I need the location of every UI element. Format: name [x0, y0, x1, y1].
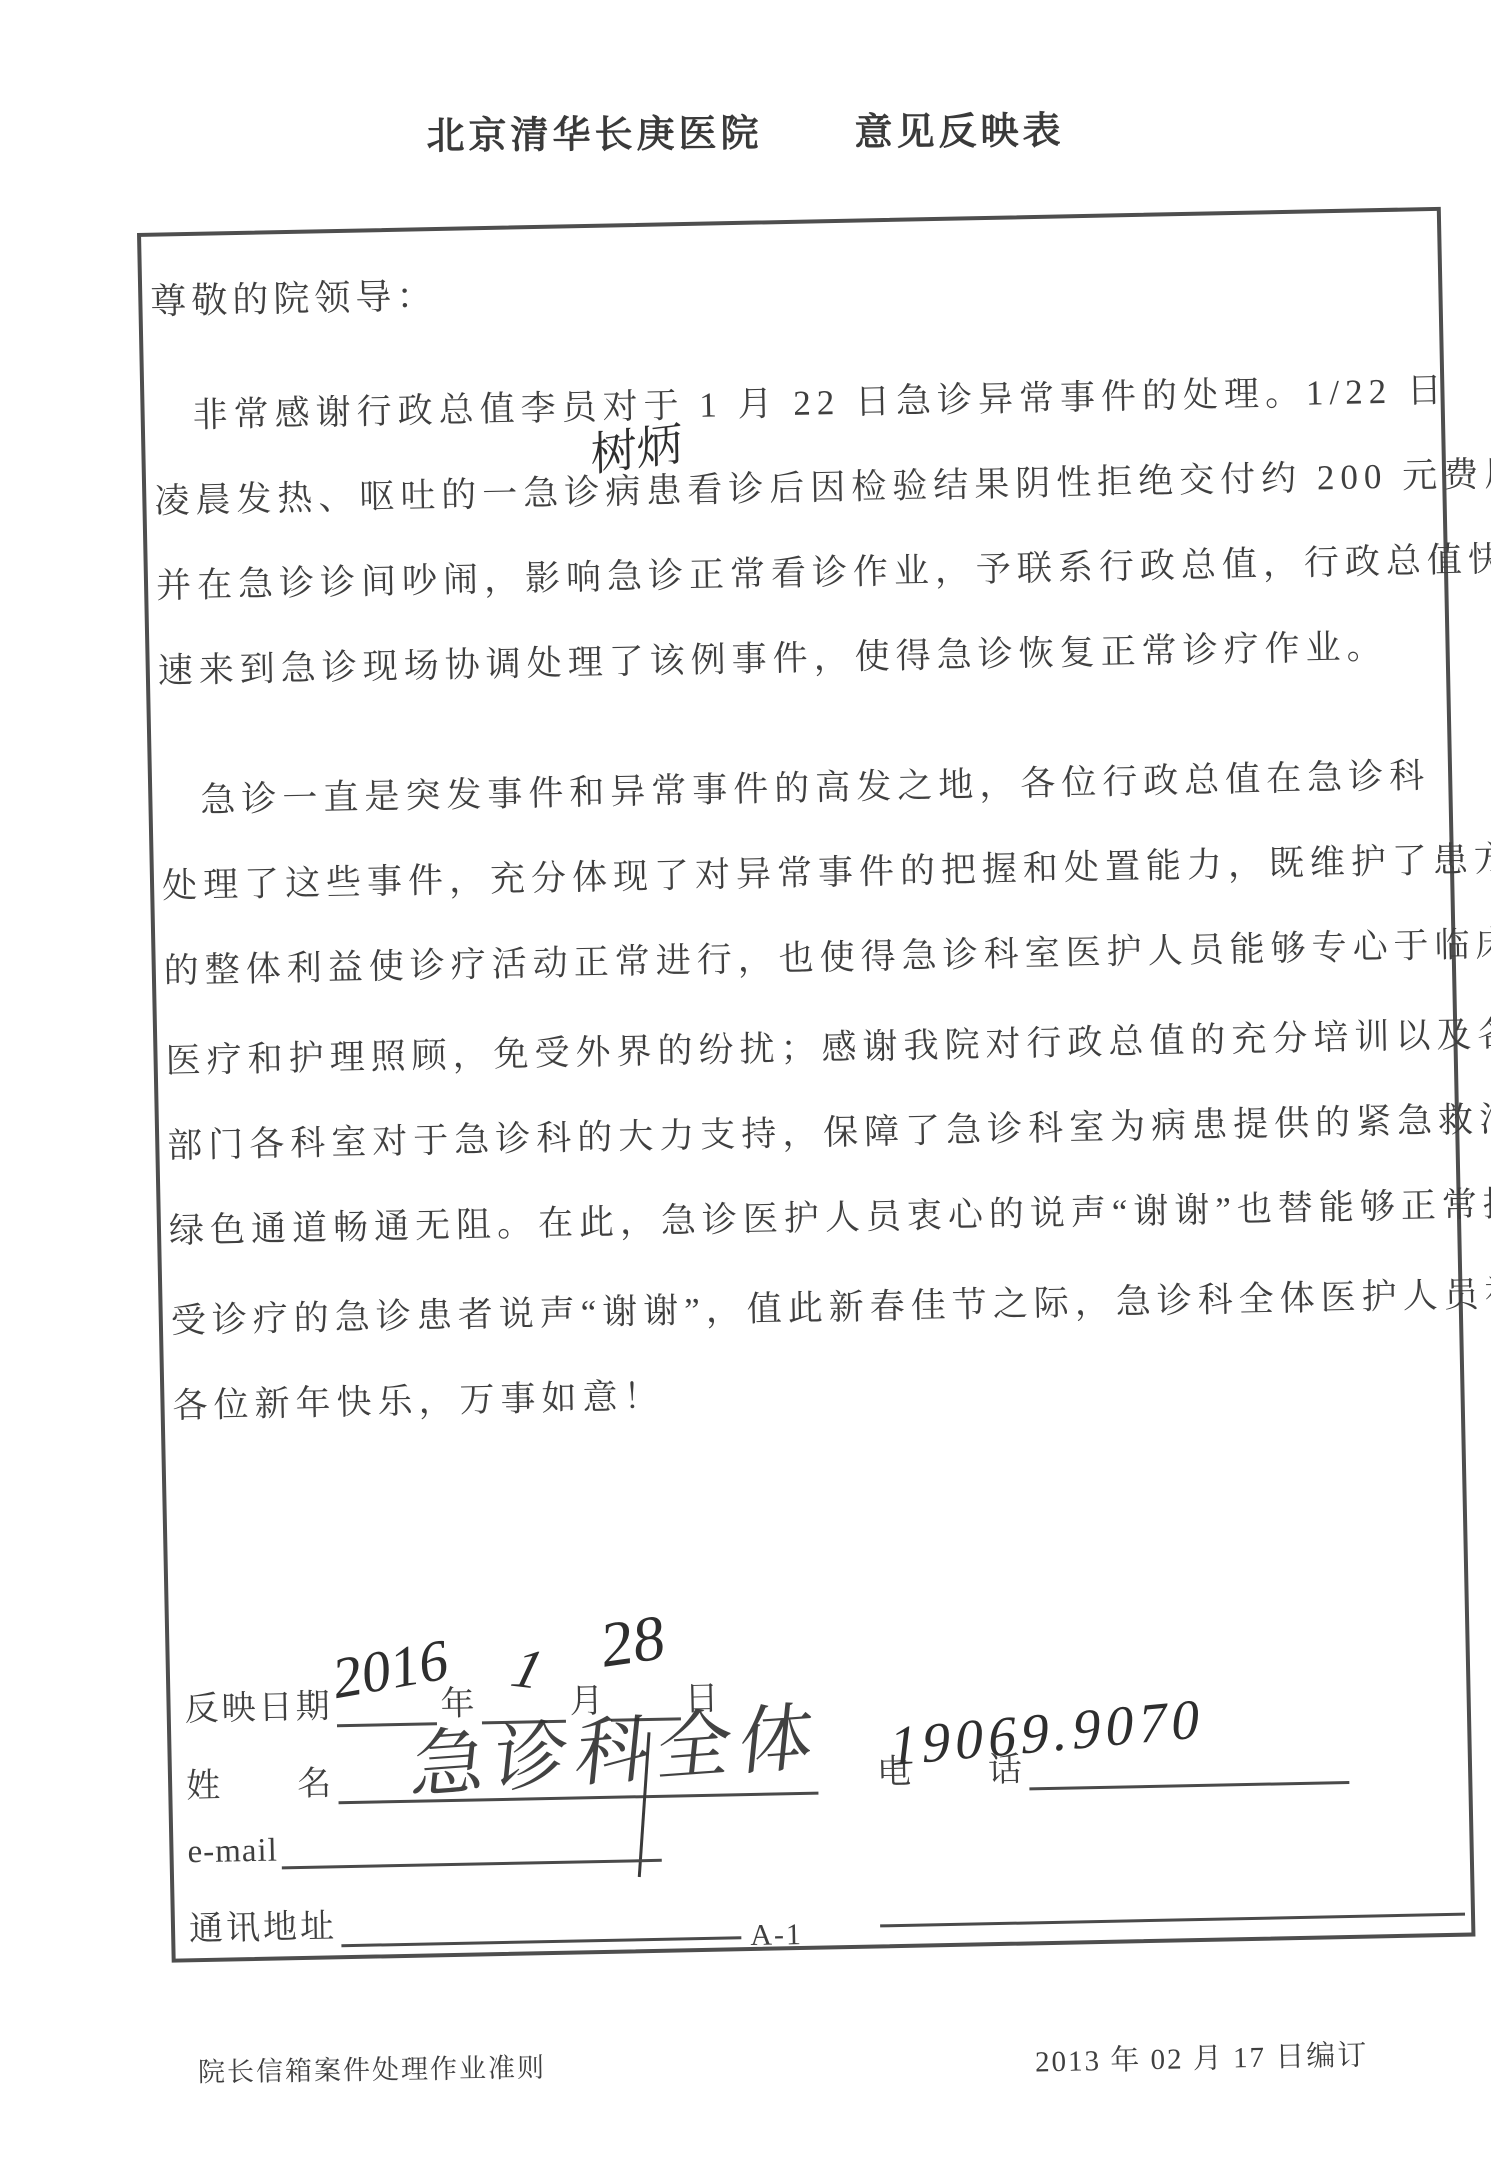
- email-label: e-mail: [187, 1833, 278, 1872]
- footer-revision-date: 2013 年 02 月 17 日编订: [1035, 2033, 1369, 2081]
- letter-line: 受诊疗的急诊患者说声“谢谢”，值此新春佳节之际，急诊科全体医护人员祝: [170, 1266, 1491, 1343]
- form-title: 意见反映表: [854, 99, 1064, 156]
- letter-line: 非常感谢行政总值李员对于 1 月 22 日急诊异常事件的处理。1/22 日: [152, 363, 1448, 439]
- letter-line: 并在急诊诊间吵闹，影响急诊正常看诊作业，予联系行政总值，行政总值快: [156, 532, 1491, 609]
- letter-line: 部门各科室对于急诊科的大力支持，保障了急诊科室为病患提供的紧急救治: [167, 1091, 1491, 1168]
- letter-line: 医疗和护理照顾，免受外界的纷扰；感谢我院对行政总值的充分培训以及各: [165, 1006, 1491, 1083]
- footer-guideline: 院长信箱案件处理作业准则: [198, 2046, 547, 2090]
- letter-line: 绿色通道畅通无阻。在此，急诊医护人员衷心的说声“谢谢”也替能够正常接: [168, 1176, 1491, 1253]
- email-blank: [281, 1819, 662, 1870]
- letter-line: 的整体利益使诊疗活动正常进行，也使得急诊科室医护人员能够专心于临床: [163, 916, 1491, 993]
- handwritten-day: 28: [602, 1604, 666, 1678]
- spacer: [822, 1793, 877, 1794]
- address-row: 通讯地址: [188, 1890, 745, 1950]
- page-code: A-1: [750, 1918, 803, 1953]
- address-blank: [341, 1896, 742, 1947]
- date-label: 反映日期: [184, 1678, 333, 1730]
- letter-line: 各位新年快乐，万事如意！: [172, 1369, 665, 1429]
- handwritten-insertion: 树炳: [590, 421, 682, 479]
- address-label: 通讯地址: [188, 1898, 337, 1950]
- letter-line: 凌晨发热、呕吐的一急诊病患看诊后因检验结果阴性拒绝交付约 200 元费用: [154, 446, 1491, 524]
- letter-line: 处理了这些事件，充分体现了对异常事件的把握和处置能力，既维护了患方: [162, 831, 1491, 908]
- scanned-document-page: 北京清华长庚医院 意见反映表 尊敬的院领导： 非常感谢行政总值李员对于 1 月 …: [0, 0, 1491, 2160]
- form-border-box: 尊敬的院领导： 非常感谢行政总值李员对于 1 月 22 日急诊异常事件的处理。1…: [137, 207, 1475, 1963]
- salutation: 尊敬的院领导：: [150, 268, 438, 325]
- letter-line: 速来到急诊现场协调处理了该例事件，使得急诊恢复正常诊疗作业。: [157, 619, 1388, 694]
- letter-line: 急诊一直是突发事件和异常事件的高发之地，各位行政总值在急诊科: [160, 748, 1431, 823]
- name-label: 姓 名: [186, 1755, 335, 1807]
- email-row: e-mail: [187, 1819, 666, 1872]
- hospital-name: 北京清华长庚医院: [426, 102, 762, 160]
- document-title: 北京清华长庚医院 意见反映表: [0, 95, 1491, 163]
- bottom-right-blank: [879, 1875, 1465, 1928]
